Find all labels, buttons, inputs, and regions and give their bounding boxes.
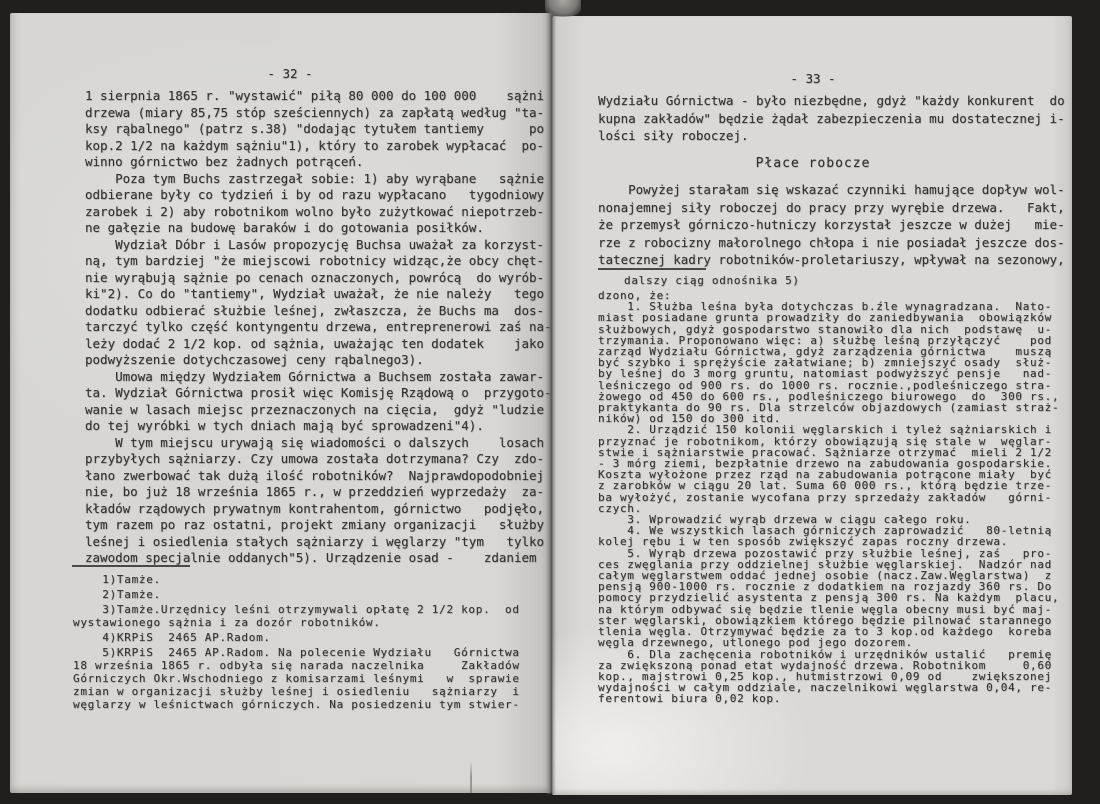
page-33: - 33 - Wydziału Górnictwa - było niezbęd… (552, 16, 1072, 795)
footnote-continuation-text: dzono, że: 1. Służba leśna była dotychcz… (598, 290, 1059, 705)
binding-clip (545, 0, 581, 17)
page-crease (470, 761, 472, 793)
footnote-2: 2)Tamże. (73, 588, 520, 601)
page-number: - 33 - (598, 71, 1028, 86)
page-32-body-text: 1 sierpnia 1865 r. "wystawić" piłą 80 00… (85, 88, 552, 567)
footnote-4: 4)KRPiS 2465 AP.Radom. (73, 631, 520, 644)
footnote-separator-rule (598, 268, 706, 270)
page-32-footnotes: 1)Tamże. 2)Tamże. 3)Tamże.Urzędnicy leśn… (73, 573, 520, 713)
book-spread: - 32 - 1 sierpnia 1865 r. "wystawić" pił… (0, 0, 1100, 804)
footnote-continuation-heading: dalszy ciąg odnośnika 5) (624, 274, 800, 287)
section-heading: Płace robocze (598, 156, 1028, 171)
footnote-1: 1)Tamże. (73, 573, 520, 586)
page-number: - 32 - (75, 66, 505, 81)
footnote-3: 3)Tamże.Urzędnicy leśni otrzymywali opła… (73, 603, 520, 629)
page-32: - 32 - 1 sierpnia 1865 r. "wystawić" pił… (10, 13, 552, 793)
page-33-body-text: Powyżej starałam się wskazać czynniki ha… (598, 181, 1065, 269)
footnote-separator-rule (72, 565, 190, 567)
page-33-intro-text: Wydziału Górnictwa - było niezbędne, gdy… (598, 92, 1065, 145)
footnote-5: 5)KRPiS 2465 AP.Radom. Na polecenie Wydz… (73, 646, 520, 711)
